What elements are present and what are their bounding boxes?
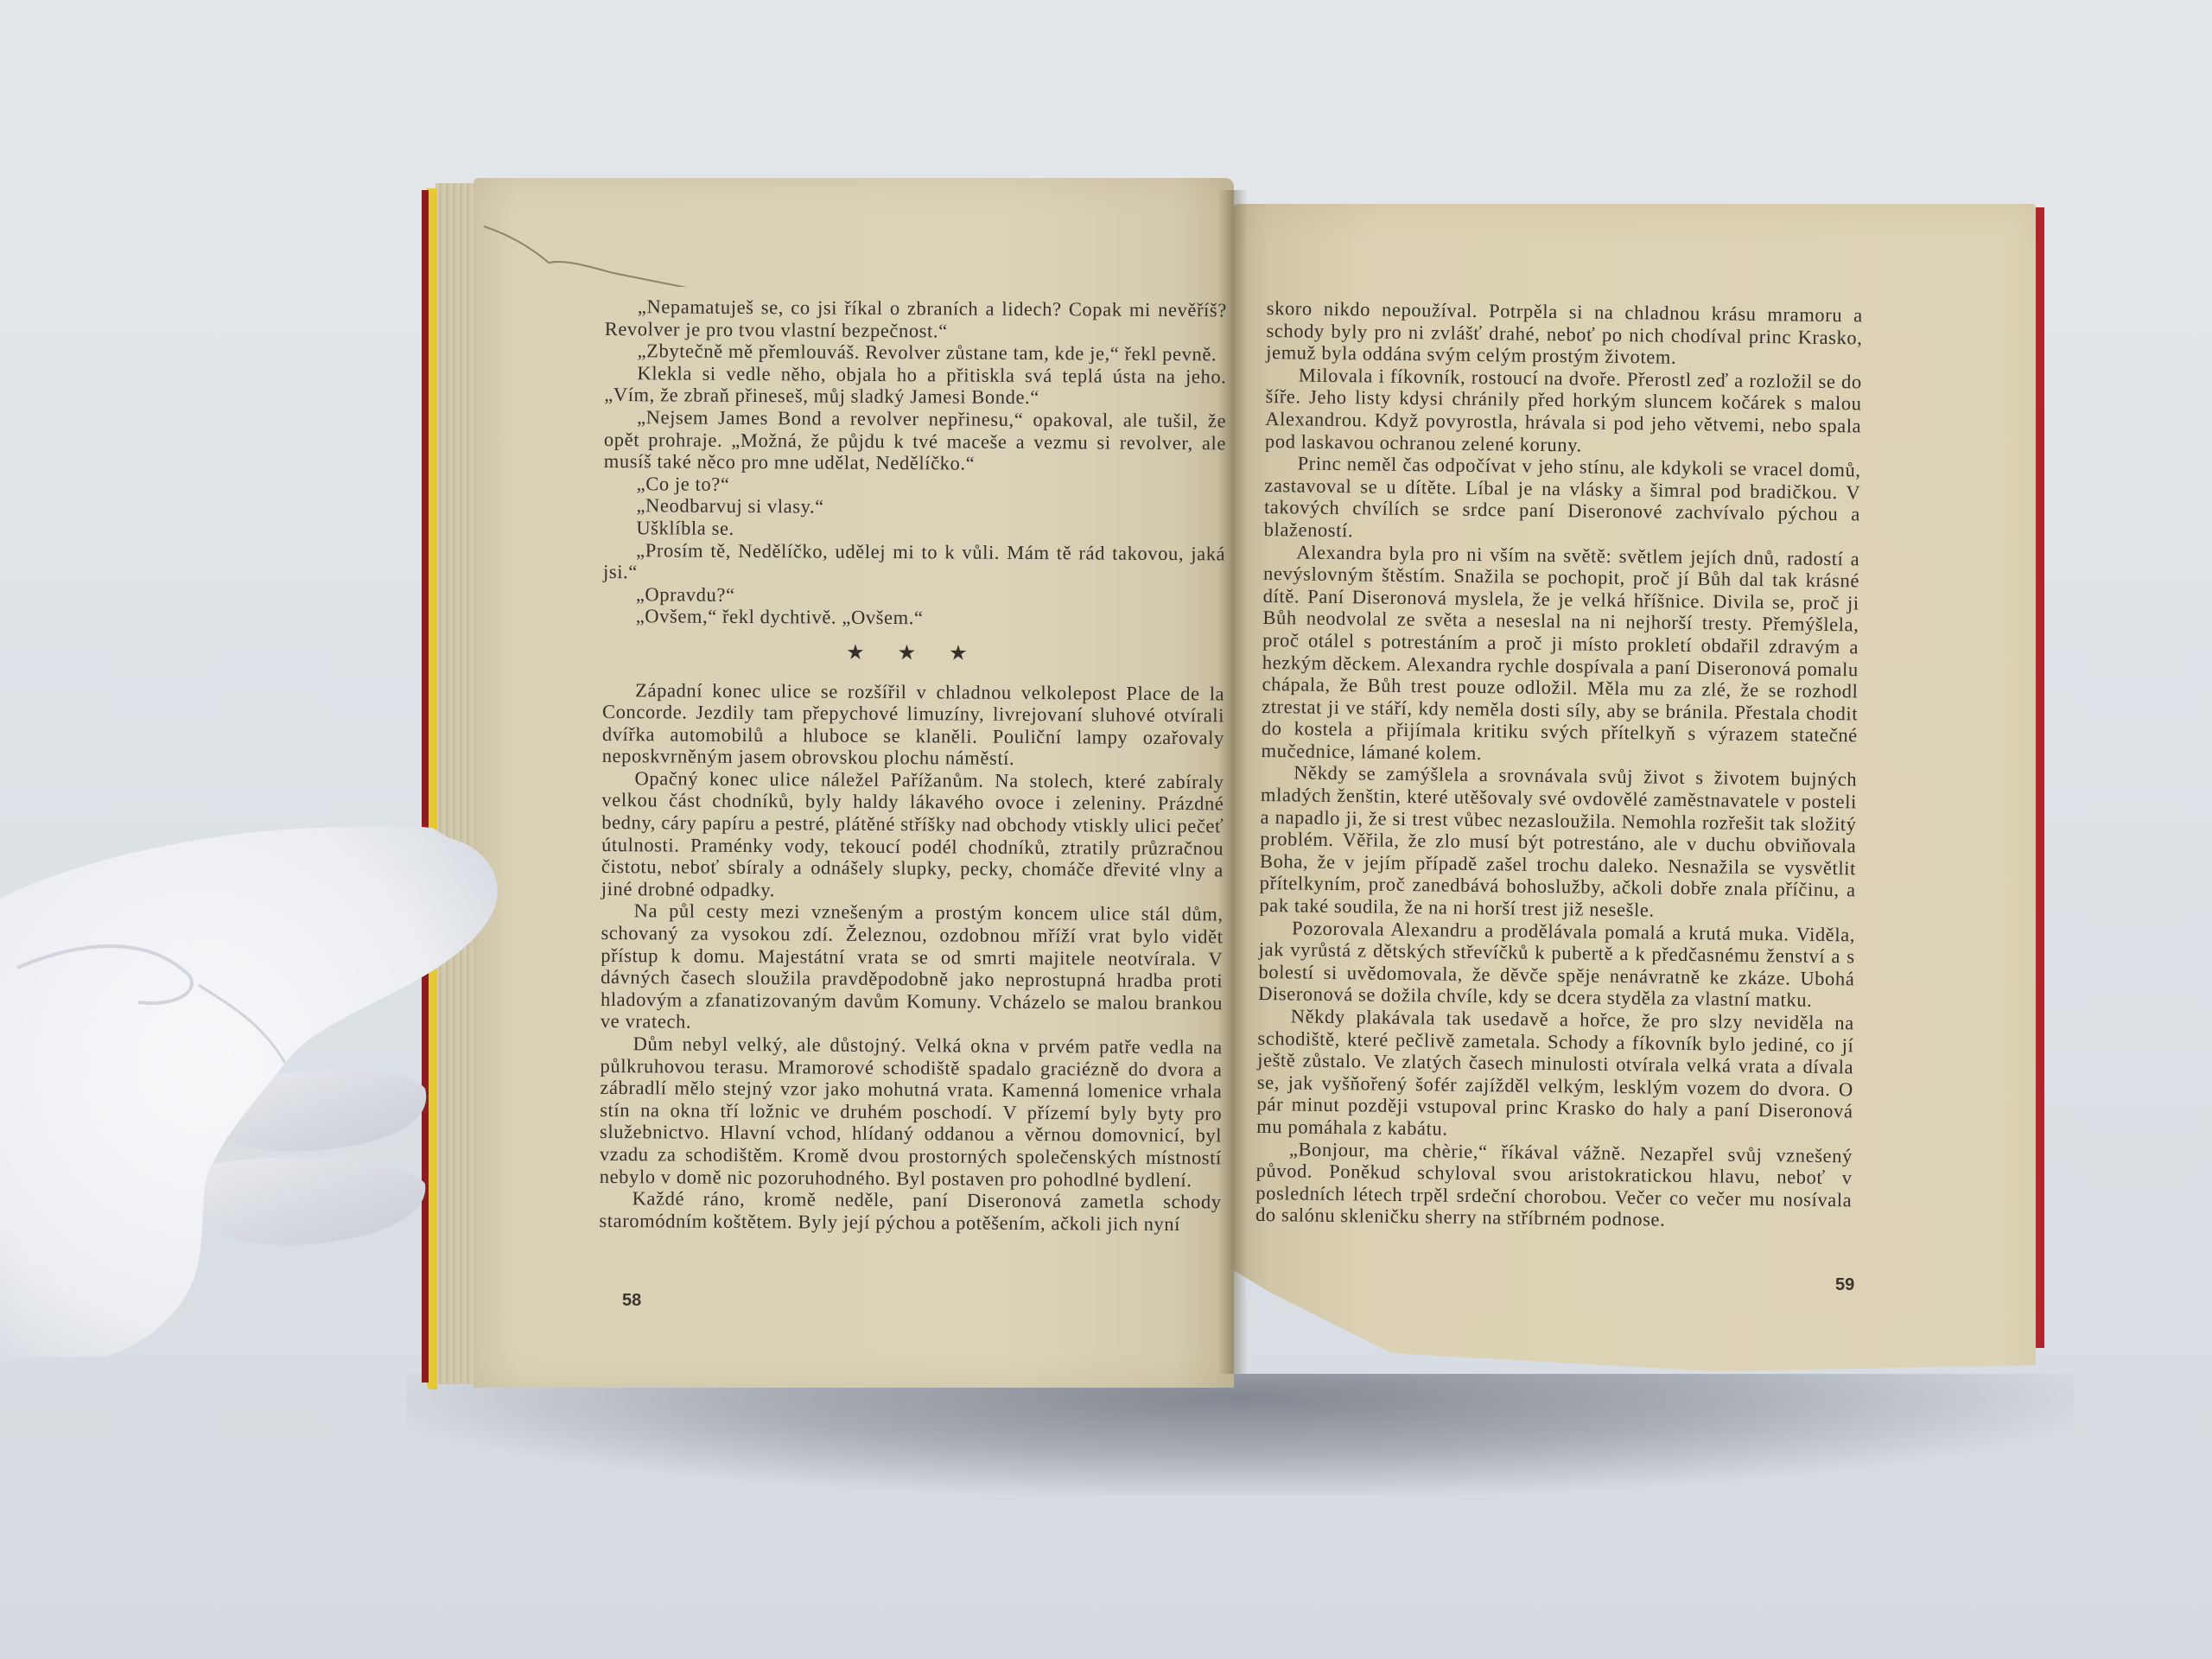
section-break-stars: ★ ★ ★ [602, 641, 1224, 667]
page-crease-icon [484, 209, 709, 287]
paragraph: Milovala i fíkovník, rostoucí na dvoře. … [1265, 364, 1862, 460]
paragraph: Alexandra byla pro ni vším na světě: svě… [1261, 541, 1859, 769]
cover-edge-red-right [2036, 207, 2044, 1348]
paragraph: Někdy se zamýšlela a srovnávala svůj živ… [1259, 761, 1857, 924]
paragraph: Klekla si vedle něho, objala ho a přitis… [604, 362, 1226, 410]
page-number-left: 58 [622, 1291, 641, 1311]
paragraph: Pozorovala Alexandru a prodělávala pomal… [1258, 917, 1855, 1013]
paragraph: Dům nebyl velký, ale důstojný. Velká okn… [600, 1033, 1223, 1192]
right-page-text: skoro nikdo nepoužíval. Potrpěla si na c… [1255, 297, 1863, 1233]
left-page-text: „Nepamatuješ se, co jsi říkal o zbraních… [599, 296, 1227, 1236]
paragraph: „Nejsem James Bond a revolver nepřinesu,… [604, 406, 1226, 476]
paragraph: „Bonjour, ma chèrie,“ říkával vážně. Nez… [1255, 1137, 1853, 1233]
paragraph: „Prosím tě, Nedělíčko, udělej mi to k vů… [603, 539, 1225, 588]
paragraph: Opačný konec ulice náležel Pařížanům. Na… [601, 767, 1224, 904]
white-glove-hand-icon [0, 804, 536, 1357]
page-number-right: 59 [1835, 1275, 1854, 1295]
paragraph: Někdy plakávala tak usedavě a hořce, že … [1256, 1005, 1854, 1145]
paragraph: Na půl cesty mezi vznešeným a prostým ko… [601, 899, 1224, 1036]
paragraph: Ušklíbla se. [603, 517, 1225, 543]
paragraph: Západní konec ulice se rozšířil v chladn… [602, 678, 1225, 771]
paragraph: „Nepamatuješ se, co jsi říkal o zbraních… [605, 296, 1227, 344]
paragraph: Princ neměl čas odpočívat v jeho stínu, … [1264, 452, 1861, 548]
paragraph: Každé ráno, kromě neděle, paní Diseronov… [599, 1187, 1221, 1236]
paragraph: „Ovšem,“ řekl dychtivě. „Ovšem.“ [603, 605, 1225, 631]
paragraph: skoro nikdo nepoužíval. Potrpěla si na c… [1266, 297, 1863, 371]
